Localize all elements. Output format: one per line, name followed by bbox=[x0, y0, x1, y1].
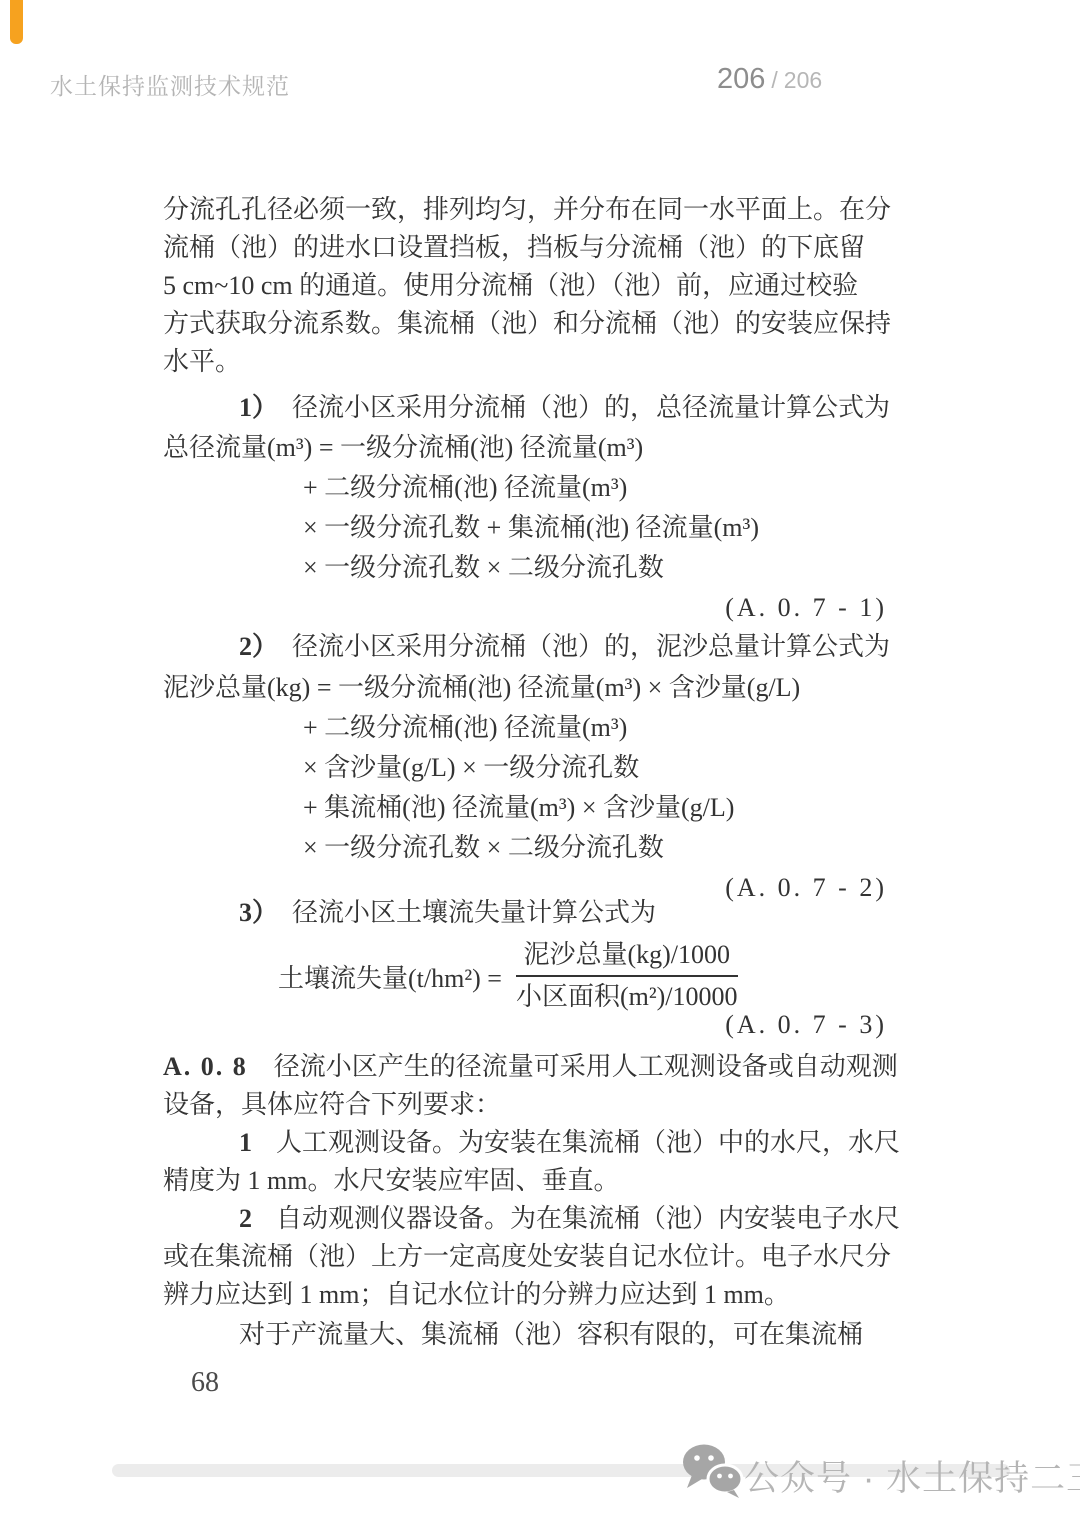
formula-left-side: 土壤流失量(t/hm²) = bbox=[278, 958, 502, 995]
clause-a08-text: 径流小区产生的径流量可采用人工观测设备或自动观测 bbox=[274, 1052, 898, 1081]
page-number: 68 bbox=[191, 1368, 219, 1398]
formula-line: + 集流桶(池) 径流量(m³) × 含沙量(g/L) bbox=[303, 788, 905, 828]
sub1-line2: 精度为 1 mm。水尺安装应牢固、垂直。 bbox=[163, 1162, 905, 1200]
clause-a08-label: A. 0. 8 bbox=[163, 1052, 248, 1081]
clause-a08-line2: 设备，具体应符合下列要求： bbox=[163, 1086, 905, 1124]
formula-sediment-total: 泥沙总量(kg) = 一级分流桶(池) 径流量(m³) × 含沙量(g/L) +… bbox=[163, 668, 905, 868]
fraction: 泥沙总量(kg)/1000 小区面积(m²)/10000 bbox=[516, 938, 738, 1014]
sub2-number: 2 bbox=[239, 1204, 252, 1233]
page-total: 206 bbox=[784, 67, 822, 93]
clause-a08: A. 0. 8径流小区产生的径流量可采用人工观测设备或自动观测 设备，具体应符合… bbox=[163, 1048, 905, 1124]
formula-line: 泥沙总量(kg) = 一级分流桶(池) 径流量(m³) × 含沙量(g/L) bbox=[163, 668, 905, 708]
formula-line: × 一级分流孔数 + 集流桶(池) 径流量(m³) bbox=[303, 508, 905, 548]
formula-line: + 二级分流桶(池) 径流量(m³) bbox=[303, 708, 905, 748]
top-left-orange-marker bbox=[10, 0, 23, 44]
text-line: 分流孔孔径必须一致，排列均匀，并分布在同一水平面上。在分 bbox=[163, 191, 905, 229]
formula-line: × 含沙量(g/L) × 一级分流孔数 bbox=[303, 748, 905, 788]
list-item-1-heading: 1）径流小区采用分流桶（池）的，总径流量计算公式为 bbox=[163, 389, 905, 427]
paragraph-runoff-holes: 分流孔孔径必须一致，排列均匀，并分布在同一水平面上。在分 流桶（池）的进水口设置… bbox=[163, 191, 905, 381]
doc-header-title: 水土保持监测技术规范 bbox=[50, 68, 290, 101]
equation-number-1: (A. 0. 7 - 1) bbox=[163, 588, 905, 628]
text-line: 水平。 bbox=[163, 343, 905, 381]
document-page: 水土保持监测技术规范 206/206 分流孔孔径必须一致，排列均匀，并分布在同一… bbox=[0, 0, 1080, 1527]
formula-total-runoff: 总径流量(m³) = 一级分流桶(池) 径流量(m³) + 二级分流桶(池) 径… bbox=[163, 428, 905, 588]
text-line: 方式获取分流系数。集流桶（池）和分流桶（池）的安装应保持 bbox=[163, 305, 905, 343]
text-line: 流桶（池）的进水口设置挡板，挡板与分流桶（池）的下底留 bbox=[163, 229, 905, 267]
text-line: 5 cm~10 cm 的通道。使用分流桶（池）（池）前，应通过校验 bbox=[163, 267, 905, 305]
page-current: 206 bbox=[717, 63, 765, 95]
sub2-text: 自动观测仪器设备。为在集流桶（池）内安装电子水尺 bbox=[276, 1204, 900, 1233]
page-indicator: 206/206 bbox=[717, 63, 822, 96]
list-item-3-heading: 3）径流小区土壤流失量计算公式为 bbox=[163, 894, 905, 932]
sub2-line3: 辨力应达到 1 mm；自记水位计的分辨力应达到 1 mm。 bbox=[163, 1276, 905, 1314]
formula-line: × 一级分流孔数 × 二级分流孔数 bbox=[303, 548, 905, 588]
item-1-number: 1） bbox=[239, 393, 278, 422]
item-2-heading-text: 径流小区采用分流桶（池）的，泥沙总量计算公式为 bbox=[292, 632, 890, 661]
clause-a08-sub1: 1人工观测设备。为安装在集流桶（池）中的水尺，水尺 精度为 1 mm。水尺安装应… bbox=[163, 1124, 905, 1200]
clause-a08-line1: A. 0. 8径流小区产生的径流量可采用人工观测设备或自动观测 bbox=[163, 1048, 905, 1086]
list-item-2-heading: 2）径流小区采用分流桶（池）的，泥沙总量计算公式为 bbox=[163, 628, 905, 666]
watermark-text: 公众号 · 水土保持二三 bbox=[744, 1451, 1080, 1501]
clause-a08-sub2: 2自动观测仪器设备。为在集流桶（池）内安装电子水尺 或在集流桶（池）上方一定高度… bbox=[163, 1200, 905, 1314]
closing-paragraph: 对于产流量大、集流桶（池）容积有限的，可在集流桶 bbox=[163, 1314, 905, 1351]
formula-line: + 二级分流桶(池) 径流量(m³) bbox=[303, 468, 905, 508]
wechat-icon bbox=[682, 1442, 744, 1498]
item-1-heading-text: 径流小区采用分流桶（池）的，总径流量计算公式为 bbox=[292, 393, 890, 422]
formula-line: × 一级分流孔数 × 二级分流孔数 bbox=[303, 828, 905, 868]
item-3-number: 3） bbox=[239, 898, 278, 927]
sub1-text: 人工观测设备。为安装在集流桶（池）中的水尺，水尺 bbox=[276, 1128, 900, 1157]
formula-line: 总径流量(m³) = 一级分流桶(池) 径流量(m³) bbox=[163, 428, 905, 468]
equation-number-3: (A. 0. 7 - 3) bbox=[163, 1005, 905, 1045]
sub2-line1: 2自动观测仪器设备。为在集流桶（池）内安装电子水尺 bbox=[163, 1200, 905, 1238]
page-separator: / bbox=[771, 67, 777, 93]
fraction-numerator: 泥沙总量(kg)/1000 bbox=[523, 938, 730, 972]
sub2-line2: 或在集流桶（池）上方一定高度处安装自记水位计。电子水尺分 bbox=[163, 1238, 905, 1276]
sub1-number: 1 bbox=[239, 1128, 252, 1157]
sub1-line1: 1人工观测设备。为安装在集流桶（池）中的水尺，水尺 bbox=[163, 1124, 905, 1162]
item-3-heading-text: 径流小区土壤流失量计算公式为 bbox=[292, 898, 656, 927]
fraction-bar bbox=[516, 975, 738, 977]
item-2-number: 2） bbox=[239, 632, 278, 661]
